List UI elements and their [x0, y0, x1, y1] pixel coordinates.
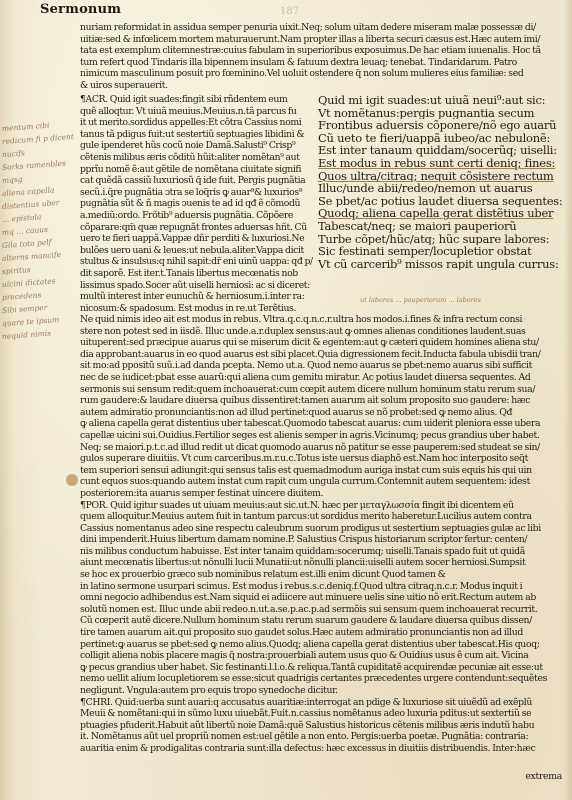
text-line: dini impenderit.Huius libertum damam nom… [80, 534, 562, 546]
text-line: cat quẽdã cassiũ luxuriosũ q̃ ide fuit. … [80, 175, 315, 187]
verse-line: Illuc/unde abii/redeo/nemon ut auarus [318, 182, 568, 195]
verse-column: Quid mi igit̃ suades:ut uiuã neui⁹:aut s… [318, 94, 568, 270]
text-line: a.mediũ:ordo. Frõtib⁹ aduersis pugnãtia.… [80, 210, 315, 222]
text-line: in latino sermone usurpari scimus. Est m… [80, 581, 562, 593]
text-line: sit mo:ad ppositũ suũ.i.ad danda pcepta.… [80, 360, 562, 372]
text-line: nec de se iudicet:pbat esse auarũ:qui al… [80, 372, 562, 384]
text-line: tem superiori sensui adiungit:qui sensus… [80, 465, 562, 477]
text-line: pertinet:ꝙ auarus se pbet:sed ꝙ nemo ali… [80, 639, 562, 651]
text-line: ptuagies pfuderit.Habuit aũt libertũ noi… [80, 720, 562, 732]
text-line: Ne quid nimis ideo ait est modus in rebu… [80, 314, 562, 326]
text-line: cẽtenis milibus æris cõditũ hũit:aliter … [80, 152, 315, 164]
text-line: nis milibus conductum habuisse. Est inte… [80, 546, 562, 558]
interlinear-gloss: ut labores ... pauperiorum ... labores [360, 296, 481, 304]
text-line: uituperent:sed præcipue auarus qui se mi… [80, 337, 562, 349]
text-line: pugnãtia sũt & ñ magis ɔuenis te ad id q… [80, 198, 315, 210]
text-line: quẽ alloqtur. Vt uiuã meuius.Meuius.n.tã… [80, 106, 315, 118]
verse-line: Vt nomẽtanus:pergis pugnantia secum [318, 107, 568, 120]
left-commentary-column: ¶ACR. Quid igit̃ suades:fingit sibi rñde… [80, 94, 315, 314]
text-line: ¶ACR. Quid igit̃ suades:fingit sibi rñde… [80, 94, 315, 106]
text-line: colligit aliena nobis placere magis q̃ n… [80, 650, 562, 662]
catchword: extrema [525, 771, 562, 782]
text-line: ꝙ aliena capella gerat distentius uber t… [80, 418, 562, 430]
folio-number: 187 [280, 6, 299, 17]
verse-line: Tabescat/neq; se maiori pauperiorũ [318, 220, 568, 233]
text-line: nicosum:& spadosum. Est modus in re.ut T… [80, 303, 315, 315]
verse-line: Vt cũ carcerib⁹ missos rapit ungula curr… [318, 258, 568, 271]
text-line: Cũ cœperit autẽ dicere.Nullum hominum st… [80, 615, 562, 627]
text-line: tanus tã pdigus fuit:ut sestertiũ septua… [80, 129, 315, 141]
text-line: capellæ uicini sui.Ouidius.Fertilior seg… [80, 430, 562, 442]
text-line: ꝙ pecus grandius uber habet. Sic festina… [80, 662, 562, 674]
verse-line: Quos ultra/citraq; nequit cõsistere rect… [318, 170, 568, 183]
text-line: Neq; se maiori.p.t.c.ad illud redit ut d… [80, 442, 562, 454]
verse-line: Frontibus aduersis cõponere/nõ ego auarũ [318, 119, 568, 132]
text-line: tire tamen auarum ait.qui proposito suo … [80, 627, 562, 639]
text-line: ¶CHRI. Quid:uerba sunt auari:q accusatus… [80, 697, 562, 709]
page-edge-shadow [564, 0, 572, 800]
text-line: dit saporẽ. Est iter.t.Tanais libertus m… [80, 268, 315, 280]
verse-line: Cũ ueto te fieri/uappã iubeo/ac nebulonẽ… [318, 132, 568, 145]
handwritten-marginalia: mentum cibi redicum fi p dicent nucifs S… [2, 122, 80, 343]
text-line: dia approbant:auarus in eo quod auarus e… [80, 349, 562, 361]
text-line: & uiros superauerit. [80, 80, 562, 92]
text-line: it ut merito.sordidus appelles:Et cõtra … [80, 117, 315, 129]
text-line: stultus & insulsus:q nihil sapit:dr̃ eni… [80, 256, 315, 268]
text-line: autem admiratio pronunciantis:non ad ill… [80, 407, 562, 419]
text-line: secũ.i.q̃re pugnãtia ɔtra se loq̃ris ꝙ a… [80, 187, 315, 199]
verse-line: Quodq; aliena capella gerat distẽtius ub… [318, 207, 568, 220]
text-line: nemo uellit alium locupletiorem se esse:… [80, 673, 562, 685]
text-line: multũ interest inter eunuchũ & herniosum… [80, 291, 315, 303]
text-line: sermonis sui sensum redit:quem inchoauer… [80, 384, 562, 396]
text-line: pprĩu nomẽ ẽ:aut gẽtile de nomẽtana ciui… [80, 164, 315, 176]
text-line: cunt equos suos:quando autem instat cum … [80, 476, 562, 488]
text-line: aiunt mecœnatis libertus:ut nõnulli luci… [80, 557, 562, 569]
running-head: Sermonum [40, 2, 121, 17]
main-commentary-block: Ne quid nimis ideo ait est modus in rebu… [80, 314, 562, 755]
text-line: negligunt. Vngula:autem pro equis tropo … [80, 685, 562, 697]
text-line: se hoc ex prouerbio græco sub nominibus … [80, 569, 562, 581]
text-line: cõparare:qm̃ quæ repugnãt frontes aduers… [80, 222, 315, 234]
text-line: uero te fieri uappã.Vappæ dñr perditi & … [80, 233, 315, 245]
text-line: rum gaudere:& laudare diuersa quibus dis… [80, 395, 562, 407]
text-line: tum refert quod Tindaris illa bipennem i… [80, 57, 562, 69]
opening-commentary-block: nuriam reformidat in assidua semper penu… [80, 22, 562, 92]
manuscript-page: Sermonum 187 nuriam reformidat in assidu… [0, 0, 572, 800]
text-line: tata est exemplum clitemnestræ:cuius fab… [80, 45, 562, 57]
text-line: Meuii & nomẽtani:qui in sũmo luxu uiuebã… [80, 708, 562, 720]
text-line: lissimus spado.Socer aũt uiselli hernios… [80, 280, 315, 292]
text-line: nuriam reformidat in assidua semper penu… [80, 22, 562, 34]
text-line: posteriorem:ita auarus semper festinat u… [80, 488, 562, 500]
verse-line: Est inter tanaum quiddam/socerũq; uisell… [318, 144, 568, 157]
verse-line: Est modus in rebus sunt certi deniq; fin… [318, 157, 568, 170]
text-line: gulos superare diuitiis. Vt cum carcerib… [80, 453, 562, 465]
text-line: uitiæ:sed & infœlicem mortem maturauerun… [80, 34, 562, 46]
text-line: bulões uero uani & leues:ut nebula.alite… [80, 245, 315, 257]
verse-line: Turbe cõpet/hũc/atq; hũc supare labores: [318, 233, 568, 246]
text-line: quem alloquitur.Meuius autem fuit in tan… [80, 511, 562, 523]
text-line: ¶POR. Quid igitur suades ut uiuam meuius… [80, 500, 562, 512]
text-line: omni negocio adhibendus est.Nam siquid e… [80, 592, 562, 604]
verse-line: Quid mi igit̃ suades:ut uiuã neui⁹:aut s… [318, 94, 568, 107]
text-line: it. Nomẽtanus aũt uel propriũ nomen est:… [80, 731, 562, 743]
text-line: Cassius nomentanus adeo sine respectu ca… [80, 523, 562, 535]
ink-stain [66, 474, 78, 486]
text-line: solutũ nomen est. Illuc unde abii redeo.… [80, 604, 562, 616]
verse-line: Se pbet/ac potius laudet diuersa sequent… [318, 195, 568, 208]
text-line: auaritia enim & prodigalitas contraria s… [80, 743, 562, 755]
verse-line: Sic festinati semper/locupletior obstat [318, 245, 568, 258]
text-line: nimicum masculinum posuit pro fœminino.V… [80, 68, 562, 80]
text-line: stere non potest sed in iisdẽ. Illuc und… [80, 326, 562, 338]
text-line: gule ipenderet hũs cocũ noie Damã.Salust… [80, 140, 315, 152]
